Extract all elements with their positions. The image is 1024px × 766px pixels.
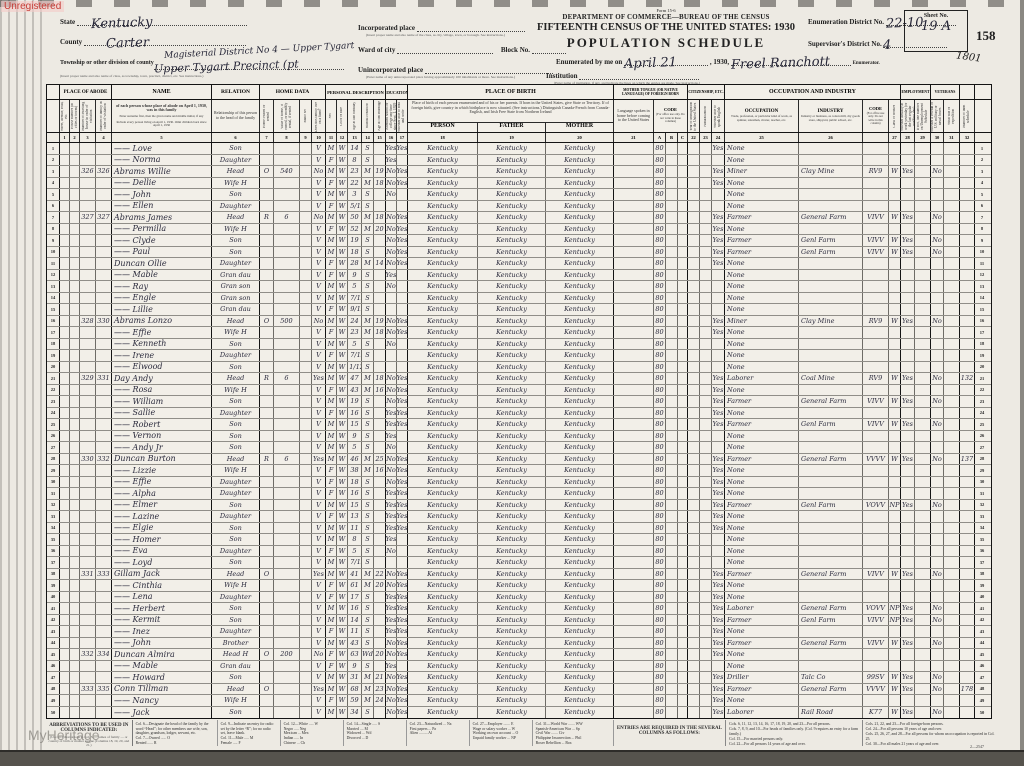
dwelling-number xyxy=(80,247,96,258)
read-write: Yes xyxy=(397,408,408,419)
age-first-marriage xyxy=(374,201,386,212)
school: No xyxy=(386,166,397,177)
veteran xyxy=(931,649,944,660)
marital: S xyxy=(362,523,374,534)
family-number xyxy=(96,339,112,350)
worker-class: W xyxy=(889,316,901,327)
farm: V xyxy=(312,339,326,350)
father-birthplace: Kentucky xyxy=(478,603,546,614)
farm: V xyxy=(312,408,326,419)
code-b xyxy=(666,500,678,511)
name: —— Effie xyxy=(112,327,212,338)
farm-schedule xyxy=(960,385,975,396)
sub-header-row: Street, avenue, road, etc. House number … xyxy=(47,100,991,133)
unemployment-line xyxy=(915,396,931,407)
employed: Yes xyxy=(901,638,915,649)
line-number-right: 15 xyxy=(975,304,989,315)
census-row-48: 48333335Conn TillmanHeadOYesMW68M23NoYes… xyxy=(47,684,991,696)
occupation: None xyxy=(725,258,799,269)
birthplace: Kentucky xyxy=(408,477,478,488)
dwelling-number xyxy=(80,477,96,488)
war xyxy=(944,649,960,660)
name: —— Elgie xyxy=(112,523,212,534)
census-row-18: 18—— KennethSonVMW5SNoKentuckyKentuckyKe… xyxy=(47,339,991,351)
year-immigration xyxy=(688,316,700,327)
employed xyxy=(901,580,915,591)
tongue-lang-desc: Language spoken in home before coming to… xyxy=(614,108,653,124)
radio xyxy=(300,569,312,580)
speaks-english: Yes xyxy=(712,684,725,695)
birthplace: Kentucky xyxy=(408,672,478,683)
naturalization xyxy=(700,465,712,476)
family-number xyxy=(96,500,112,511)
year-immigration xyxy=(688,201,700,212)
farm-schedule xyxy=(960,258,975,269)
school: No xyxy=(386,569,397,580)
unemployment-line xyxy=(915,534,931,545)
farm: V xyxy=(312,293,326,304)
radio xyxy=(300,534,312,545)
sex: M xyxy=(326,166,337,177)
radio xyxy=(300,626,312,637)
line-number: 10 xyxy=(47,247,60,258)
occupation: None xyxy=(725,350,799,361)
radio xyxy=(300,546,312,557)
war xyxy=(944,580,960,591)
line-number: 37 xyxy=(47,557,60,568)
colnum-20: 20 xyxy=(546,133,614,142)
group-veterans: VETERANS xyxy=(931,85,960,99)
marital: M xyxy=(362,385,374,396)
street xyxy=(60,143,70,154)
color-race: W xyxy=(337,638,348,649)
code-a: 80 xyxy=(654,316,666,327)
owned-rented xyxy=(260,201,274,212)
line-number-right: 44 xyxy=(975,638,989,649)
color-race: W xyxy=(337,661,348,672)
marital: S xyxy=(362,408,374,419)
war xyxy=(944,569,960,580)
colnum-21: 21 xyxy=(614,133,654,142)
line-number-right: 41 xyxy=(975,603,989,614)
ward-label: Ward of city xyxy=(358,46,395,54)
code-a: 80 xyxy=(654,304,666,315)
employed: Yes xyxy=(901,615,915,626)
farm: V xyxy=(312,362,326,373)
marital: S xyxy=(362,431,374,442)
occupation-code xyxy=(863,281,889,292)
industry: Genl Farm xyxy=(799,235,863,246)
name: —— Eva xyxy=(112,546,212,557)
code-b xyxy=(666,603,678,614)
mother-birthplace: Kentucky xyxy=(546,396,614,407)
street xyxy=(60,362,70,373)
industry: General Farm xyxy=(799,212,863,223)
year-immigration xyxy=(688,304,700,315)
dwelling-number xyxy=(80,327,96,338)
code-a: 80 xyxy=(654,557,666,568)
sex: M xyxy=(326,431,337,442)
naturalization xyxy=(700,603,712,614)
mother-birthplace: Kentucky xyxy=(546,649,614,660)
father-birthplace: Kentucky xyxy=(478,442,546,453)
unemployment-line xyxy=(915,695,931,706)
occupation: None xyxy=(725,270,799,281)
war xyxy=(944,143,960,154)
sex: F xyxy=(326,626,337,637)
school: No xyxy=(386,695,397,706)
farm: V xyxy=(312,442,326,453)
birthplace: Kentucky xyxy=(408,201,478,212)
relation: Gran dau xyxy=(212,270,260,281)
birthplace: Kentucky xyxy=(408,695,478,706)
naturalization xyxy=(700,339,712,350)
house-number xyxy=(70,166,80,177)
name: —— Ray xyxy=(112,281,212,292)
age: 52 xyxy=(348,224,362,235)
color-race: W xyxy=(337,235,348,246)
employed xyxy=(901,523,915,534)
street xyxy=(60,339,70,350)
occupation: None xyxy=(725,327,799,338)
code-c xyxy=(678,212,688,223)
war xyxy=(944,626,960,637)
name: —— Clyde xyxy=(112,235,212,246)
read-write: Yes xyxy=(397,615,408,626)
farm: V xyxy=(312,431,326,442)
farm-schedule: 132 xyxy=(960,373,975,384)
house-number xyxy=(70,247,80,258)
color-race: W xyxy=(337,247,348,258)
color-race: W xyxy=(337,201,348,212)
language xyxy=(614,488,654,499)
house-number xyxy=(70,189,80,200)
farm: No xyxy=(312,212,326,223)
read-write: Yes xyxy=(397,235,408,246)
occupation: Laborer xyxy=(725,603,799,614)
naturalization xyxy=(700,419,712,430)
speaks-english xyxy=(712,431,725,442)
birthplace: Kentucky xyxy=(408,270,478,281)
occupation: Farmer xyxy=(725,454,799,465)
employed xyxy=(901,362,915,373)
unemployment-line xyxy=(915,212,931,223)
census-row-5: 5—— JohnSonVMW3SNoKentuckyKentuckyKentuc… xyxy=(47,189,991,201)
veteran: No xyxy=(931,615,944,626)
school: Yes xyxy=(386,661,397,672)
read-write xyxy=(397,293,408,304)
age: 63 xyxy=(348,649,362,660)
family-number xyxy=(96,546,112,557)
owned-rented: R xyxy=(260,454,274,465)
color-race: W xyxy=(337,385,348,396)
veteran: No xyxy=(931,569,944,580)
line-number-right: 10 xyxy=(975,247,989,258)
line-col-head xyxy=(47,85,60,99)
father-birthplace: Kentucky xyxy=(478,327,546,338)
owned-rented xyxy=(260,258,274,269)
age: 15 xyxy=(348,500,362,511)
age-first-marriage xyxy=(374,557,386,568)
county-field: County Carter xyxy=(60,36,246,46)
school: No xyxy=(386,327,397,338)
mother-birthplace: Kentucky xyxy=(546,327,614,338)
home-value xyxy=(274,304,300,315)
code-b xyxy=(666,143,678,154)
line-number: 39 xyxy=(47,580,60,591)
employed xyxy=(901,143,915,154)
war xyxy=(944,661,960,672)
industry xyxy=(799,201,863,212)
veteran: No xyxy=(931,396,944,407)
code-c xyxy=(678,408,688,419)
relation: Head xyxy=(212,454,260,465)
family-number: 334 xyxy=(96,649,112,660)
language xyxy=(614,212,654,223)
relation: Head xyxy=(212,684,260,695)
township-value-top: Magisterial District No 4 — Upper Tygart xyxy=(164,46,354,56)
street xyxy=(60,201,70,212)
veteran xyxy=(931,661,944,672)
mother-birthplace: Kentucky xyxy=(546,224,614,235)
war xyxy=(944,212,960,223)
family-number xyxy=(96,304,112,315)
dwelling-number xyxy=(80,143,96,154)
name: —— Howard xyxy=(112,672,212,683)
employed: Yes xyxy=(901,569,915,580)
age-first-marriage: 14 xyxy=(374,258,386,269)
age-first-marriage xyxy=(374,155,386,166)
industry xyxy=(799,695,863,706)
census-row-10: 10—— PaulSonVMW18SNoYesKentuckyKentuckyK… xyxy=(47,247,991,259)
radio xyxy=(300,166,312,177)
family-number xyxy=(96,523,112,534)
sub-farm: Does this family live on a farm? xyxy=(312,100,326,132)
relation: Son xyxy=(212,442,260,453)
industry xyxy=(799,304,863,315)
unemployment-line xyxy=(915,189,931,200)
dwelling-number xyxy=(80,672,96,683)
sex: M xyxy=(326,615,337,626)
colnum-5: 5 xyxy=(112,133,212,142)
line-number: 34 xyxy=(47,523,60,534)
tongue-code-note: (For office use only. Do not write in th… xyxy=(654,112,687,124)
color-race: W xyxy=(337,684,348,695)
age-first-marriage xyxy=(374,419,386,430)
home-value: 6 xyxy=(274,212,300,223)
sex-col-label: Sex xyxy=(329,113,333,118)
code-c xyxy=(678,661,688,672)
home-value xyxy=(274,385,300,396)
industry xyxy=(799,408,863,419)
occupation-code: VIVV xyxy=(863,569,889,580)
read-write xyxy=(397,350,408,361)
census-row-46: 46—— MableGran dauVFW9SYesKentuckyKentuc… xyxy=(47,661,991,673)
industry xyxy=(799,511,863,522)
line-number: 26 xyxy=(47,431,60,442)
occupation-code xyxy=(863,385,889,396)
census-row-16: 16328330Abrams LonzoHeadO500NoMW24M19NoY… xyxy=(47,316,991,328)
code-a: 80 xyxy=(654,477,666,488)
age: 17 xyxy=(348,592,362,603)
house-number xyxy=(70,258,80,269)
relation: Wife H xyxy=(212,695,260,706)
colnum-18: 18 xyxy=(408,133,478,142)
farm-schedule xyxy=(960,362,975,373)
naturalization xyxy=(700,189,712,200)
institution-field: Institution xyxy=(546,70,699,80)
line-number-right: 18 xyxy=(975,339,989,350)
worker-class: W xyxy=(889,235,901,246)
occ-code-note: (For office use only. Do not write in th… xyxy=(863,111,888,127)
occupation: Farmer xyxy=(725,500,799,511)
worker-class: W xyxy=(889,373,901,384)
worker-class xyxy=(889,385,901,396)
code-c xyxy=(678,603,688,614)
code-b xyxy=(666,580,678,591)
colnum-17: 17 xyxy=(397,133,408,142)
industry xyxy=(799,488,863,499)
year-immigration xyxy=(688,511,700,522)
code-a: 80 xyxy=(654,695,666,706)
veterans-desc: Whether a veteran of U.S. military or na… xyxy=(931,101,943,132)
occupation: None xyxy=(725,523,799,534)
code-a: 80 xyxy=(654,258,666,269)
line-number: 49 xyxy=(47,695,60,706)
line-number-right: 2 xyxy=(975,155,989,166)
birthplace: Kentucky xyxy=(408,615,478,626)
unemployment-line xyxy=(915,327,931,338)
worker-class xyxy=(889,649,901,660)
unemployment-line xyxy=(915,373,931,384)
unemployment-line xyxy=(915,465,931,476)
line-number: 23 xyxy=(47,396,60,407)
age-first-marriage xyxy=(374,350,386,361)
street xyxy=(60,270,70,281)
age: 68 xyxy=(348,684,362,695)
census-row-8: 8—— PermillaWife HVFW52M20NoYesKentuckyK… xyxy=(47,224,991,236)
house-number xyxy=(70,523,80,534)
name: —— John xyxy=(112,189,212,200)
occupation-code xyxy=(863,178,889,189)
worker-class xyxy=(889,626,901,637)
unemployment-line xyxy=(915,431,931,442)
owned-rented xyxy=(260,408,274,419)
birthplace: Kentucky xyxy=(408,454,478,465)
naturalization xyxy=(700,488,712,499)
father-birthplace: Kentucky xyxy=(478,270,546,281)
relation: Son xyxy=(212,707,260,719)
radio xyxy=(300,396,312,407)
group-farm-sched xyxy=(960,85,975,99)
sex: F xyxy=(326,201,337,212)
radio xyxy=(300,454,312,465)
mother-birthplace: Kentucky xyxy=(546,212,614,223)
speaks-english: Yes xyxy=(712,477,725,488)
enumeration-district-label: Enumeration District No. xyxy=(808,18,884,26)
occupation: Farmer xyxy=(725,684,799,695)
code-a: 80 xyxy=(654,454,666,465)
war xyxy=(944,235,960,246)
read-write xyxy=(397,304,408,315)
name: Abrams Lonzo xyxy=(112,316,212,327)
unemployment-line xyxy=(915,247,931,258)
read-write: Yes xyxy=(397,316,408,327)
code-c xyxy=(678,626,688,637)
house-number xyxy=(70,178,80,189)
marital: M xyxy=(362,178,374,189)
father-birthplace: Kentucky xyxy=(478,695,546,706)
language xyxy=(614,615,654,626)
line-number-right: 12 xyxy=(975,270,989,281)
veteran xyxy=(931,511,944,522)
sex: F xyxy=(326,511,337,522)
year-immigration xyxy=(688,603,700,614)
read-write xyxy=(397,270,408,281)
family-number xyxy=(96,235,112,246)
farm: V xyxy=(312,465,326,476)
farm-schedule xyxy=(960,500,975,511)
war xyxy=(944,362,960,373)
veteran xyxy=(931,442,944,453)
population-schedule-table: PLACE OF ABODE NAME RELATION HOME DATA P… xyxy=(46,84,992,719)
code-c xyxy=(678,684,688,695)
dwelling-number xyxy=(80,408,96,419)
code-c xyxy=(678,454,688,465)
war xyxy=(944,500,960,511)
age-first-marriage xyxy=(374,626,386,637)
occupation: Laborer xyxy=(725,373,799,384)
scan-bottom-band xyxy=(0,750,1024,766)
dwelling-number xyxy=(80,293,96,304)
industry xyxy=(799,189,863,200)
colnum-6: 6 xyxy=(212,133,260,142)
marital: S xyxy=(362,442,374,453)
industry xyxy=(799,477,863,488)
occupation: None xyxy=(725,304,799,315)
industry xyxy=(799,580,863,591)
mother-birthplace: Kentucky xyxy=(546,626,614,637)
unincorporated-note: (Enter name of any unincorporated place … xyxy=(366,75,515,79)
employed: Yes xyxy=(901,454,915,465)
veteran xyxy=(931,258,944,269)
home-value xyxy=(274,707,300,719)
census-row-50: 50—— JackSonVMW34SNoYesKentuckyKentuckyK… xyxy=(47,707,991,719)
relation: Wife H xyxy=(212,385,260,396)
line-number: 22 xyxy=(47,385,60,396)
code-c xyxy=(678,293,688,304)
father-birthplace: Kentucky xyxy=(478,557,546,568)
farm: V xyxy=(312,638,326,649)
school: No xyxy=(386,189,397,200)
family-number: 332 xyxy=(96,454,112,465)
colnum-10: 10 xyxy=(312,133,326,142)
worker-class xyxy=(889,362,901,373)
mother-birthplace: Kentucky xyxy=(546,442,614,453)
father-birthplace: Kentucky xyxy=(478,339,546,350)
year-immigration xyxy=(688,385,700,396)
radio xyxy=(300,707,312,719)
marital: S xyxy=(362,235,374,246)
school: No xyxy=(386,316,397,327)
code-a: 80 xyxy=(654,546,666,557)
line-number: 21 xyxy=(47,373,60,384)
line-number: 7 xyxy=(47,212,60,223)
school: Yes xyxy=(386,523,397,534)
father-birthplace: Kentucky xyxy=(478,454,546,465)
occupation-code xyxy=(863,488,889,499)
employed xyxy=(901,626,915,637)
